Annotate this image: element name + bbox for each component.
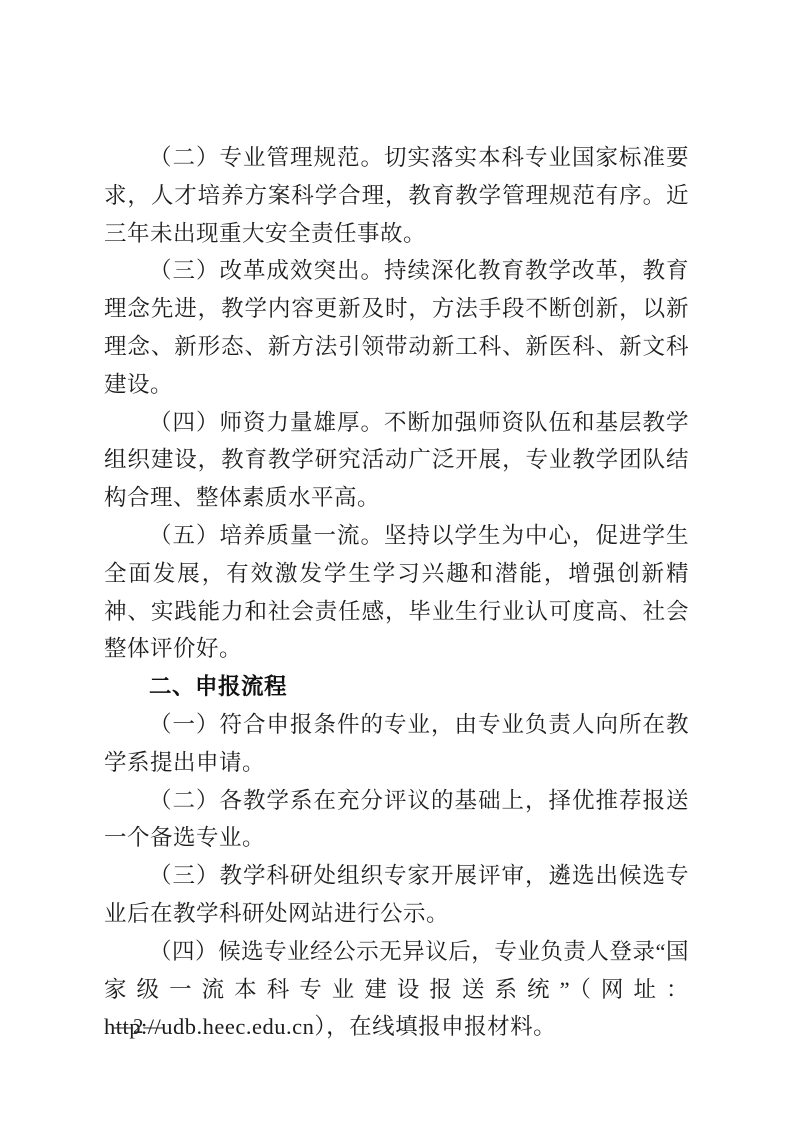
procedure-paragraph-3: （三）教学科研处组织专家开展评审，遴选出候选专业后在教学科研处网站进行公示。 — [104, 857, 689, 933]
section-heading: 二、申报流程 — [104, 668, 689, 706]
criteria-paragraph-4: （四）师资力量雄厚。不断加强师资队伍和基层教学组织建设，教育教学研究活动广泛开展… — [104, 404, 689, 517]
criteria-paragraph-3: （三）改革成效突出。持续深化教育教学改革，教育理念先进，教学内容更新及时，方法手… — [104, 252, 689, 403]
procedure-paragraph-4: （四）候选专业经公示无异议后，专业负责人登录“国家级一流本科专业建设报送系统”（… — [104, 933, 689, 1046]
criteria-paragraph-2: （二）专业管理规范。切实落实本科专业国家标准要求，人才培养方案科学合理，教育教学… — [104, 139, 689, 252]
procedure-paragraph-1: （一）符合申报条件的专业，由专业负责人向所在教学系提出申请。 — [104, 706, 689, 782]
page-number: —2— — [112, 1012, 165, 1040]
document-page: （二）专业管理规范。切实落实本科专业国家标准要求，人才培养方案科学合理，教育教学… — [0, 0, 793, 1122]
procedure-paragraph-2: （二）各教学系在充分评议的基础上，择优推荐报送一个备选专业。 — [104, 782, 689, 858]
criteria-paragraph-5: （五）培养质量一流。坚持以学生为中心，促进学生全面发展，有效激发学生学习兴趣和潜… — [104, 517, 689, 668]
document-body: （二）专业管理规范。切实落实本科专业国家标准要求，人才培养方案科学合理，教育教学… — [104, 139, 689, 1046]
